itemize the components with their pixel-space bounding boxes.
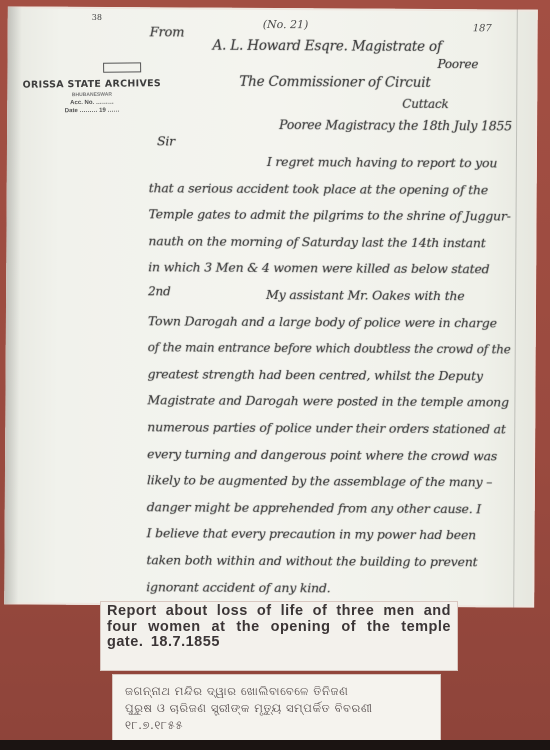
recipient-name: The Commissioner of Circuit xyxy=(239,74,430,91)
page-number: 187 xyxy=(473,23,492,34)
odia-caption-label: ଜଗନ୍ନାଥ ମନ୍ଦିର ଦ୍ୱାର ଖୋଲିବାବେଳେ ତିନିଜଣ ପ… xyxy=(113,675,440,743)
letter-line: of the main entrance before which doubtl… xyxy=(148,339,511,356)
stamp-acc-no: Acc. No. ……… xyxy=(9,99,174,107)
from-label: From xyxy=(150,25,185,40)
stamp-date: Date ……… 19 …… xyxy=(10,107,175,115)
archive-stamp: ORISSA STATE ARCHIVES BHUBANESWAR Acc. N… xyxy=(9,60,175,115)
letter-line: that a serious accident took place at th… xyxy=(149,180,488,197)
letter-line: I regret much having to report to you xyxy=(267,154,497,170)
english-caption-text: Report about loss of life of three men a… xyxy=(107,604,451,651)
paragraph-number: 2nd xyxy=(148,284,171,298)
manuscript-number: (No. 21) xyxy=(263,18,309,31)
stamp-box-icon xyxy=(103,62,141,72)
bottom-frame-edge xyxy=(0,740,550,750)
letter-line: greatest strength had been centred, whil… xyxy=(148,366,483,383)
archival-letter-page: 38 ORISSA STATE ARCHIVES BHUBANESWAR Acc… xyxy=(4,6,538,607)
letter-line: I believe that every precaution in my po… xyxy=(147,526,476,543)
date-line: Pooree Magistracy the 18th July 1855 xyxy=(279,118,512,134)
letter-line: Town Darogah and a large body of police … xyxy=(148,313,497,330)
stamp-place: BHUBANESWAR xyxy=(9,91,174,99)
odia-caption-text: ଜଗନ୍ନାଥ ମନ୍ଦିର ଦ୍ୱାର ଖୋଲିବାବେଳେ ତିନିଜଣ ପ… xyxy=(125,683,430,734)
sender-place: Pooree xyxy=(437,57,478,71)
recipient-place: Cuttack xyxy=(402,97,448,111)
letter-line: numerous parties of police under their o… xyxy=(147,419,506,436)
letter-line: My assistant Mr. Oakes with the xyxy=(266,287,465,303)
letter-line: Temple gates to admit the pilgrims to th… xyxy=(149,206,511,223)
sender-name: A. L. Howard Esqre. Magistrate of xyxy=(213,38,442,55)
letter-line: nauth on the morning of Saturday last th… xyxy=(148,233,485,250)
letter-line: every turning and dangerous point where … xyxy=(147,446,497,463)
letter-line: ignorant accident of any kind. xyxy=(146,579,330,595)
letter-line: taken both within and without the buildi… xyxy=(146,552,477,569)
stamp-title: ORISSA STATE ARCHIVES xyxy=(9,78,174,91)
letter-line: in which 3 Men & 4 women were killed as … xyxy=(148,260,489,277)
letter-line: danger might be apprehended from any oth… xyxy=(147,499,481,516)
letter-line: Magistrate and Darogah were posted in th… xyxy=(147,393,509,410)
folio-mark: 38 xyxy=(92,13,102,22)
salutation: Sir xyxy=(157,133,175,148)
letter-line: likely to be augmented by the assemblage… xyxy=(147,472,492,489)
english-caption-label: Report about loss of life of three men a… xyxy=(101,602,457,670)
